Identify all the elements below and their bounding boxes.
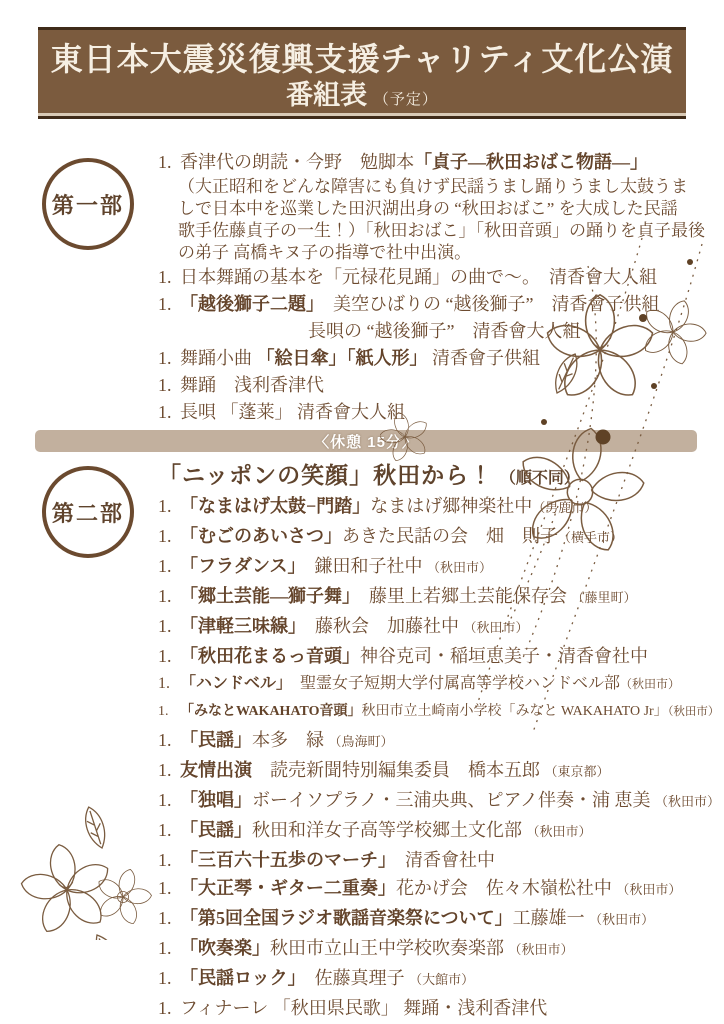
intermission-label: 〈休憩 15分〉 [314, 431, 418, 452]
program-item-number: 1. [158, 670, 180, 698]
program-item-number: 1. [158, 582, 180, 612]
program-item-number: 1. [158, 904, 180, 934]
program-item: 1.「津軽三味線」 藤秋会 加藤社中 （秋田市） [158, 612, 708, 642]
program-item-text: 日本舞踊の基本を「元禄花見踊」の曲で～。 清香會大人組 [180, 264, 657, 291]
part2-badge-label: 第二部 [52, 497, 124, 528]
program-item: 1.「むごのあいさつ」あきた民話の会 畑 則子（横手市） [158, 522, 708, 552]
program-item-number: 1. [158, 345, 180, 372]
page-title: 東日本大震災復興支援チャリティ文化公演 [38, 39, 686, 79]
program-item-text: 「ハンドベル」 聖霊女子短期大学付属高等学校ハンドベル部（秋田市） [180, 670, 680, 698]
part2-badge: 第二部 [42, 466, 134, 558]
program-item: 1.「フラダンス」 鎌田和子社中 （秋田市） [158, 552, 708, 582]
part2-heading-note: （順不同） [500, 470, 580, 487]
program-item-text: 「越後獅子二題」 美空ひばりの “越後獅子” 清香會子供組 [180, 291, 659, 318]
program-item-text: 「独唱」ボーイソプラノ・三浦央典、ピアノ伴奏・浦 恵美 （秋田市） [180, 786, 720, 816]
program-item: 1.「大正琴・ギター二重奏」花かげ会 佐々木嶺松社中 （秋田市） [158, 874, 708, 904]
program-item: 1.「郷土芸能―獅子舞」 藤里上若郷土芸能保存会 （藤里町） [158, 582, 708, 612]
program-item-text: 舞踊 浅利香津代 [180, 372, 324, 399]
part1-badge: 第一部 [42, 158, 134, 250]
program-item-text: 「民謡」本多 緑 （鳥海町） [180, 726, 394, 756]
leaf-icon [81, 805, 110, 851]
program-item-text: 「三百六十五歩のマーチ」 清香會社中 [180, 846, 495, 874]
program-item-text: 「郷土芸能―獅子舞」 藤里上若郷土芸能保存会 （藤里町） [180, 582, 637, 612]
program-item: 1.日本舞踊の基本を「元禄花見踊」の曲で～。 清香會大人組 [158, 264, 708, 291]
program-item-number: 1. [158, 552, 180, 582]
part2-heading: 「ニッポンの笑顔」秋田から！ （順不同） [158, 457, 580, 490]
program-item-number: 1. [158, 698, 180, 726]
program-item: 1.「なまはげ太鼓−門踏」なまはげ郷神楽社中（男鹿市） [158, 492, 708, 522]
program-item-text: 「民謡ロック」 佐藤真理子 （大館市） [180, 964, 474, 994]
program-item-text: 「津軽三味線」 藤秋会 加藤社中 （秋田市） [180, 612, 529, 642]
program-item: 1.「秋田花まるっ音頭」神谷克司・稲垣恵美子・清香會社中 [158, 642, 708, 670]
flower-icon [15, 836, 121, 940]
program-item-note: （大正昭和をどんな障害にも負けず民謡うまし踊りうまし太鼓うま [158, 176, 708, 198]
part1-badge-label: 第一部 [52, 189, 124, 220]
program-item-number: 1. [158, 816, 180, 846]
program-item: 1.「独唱」ボーイソプラノ・三浦央典、ピアノ伴奏・浦 恵美 （秋田市） [158, 786, 708, 816]
program-item-text: 「民謡」秋田和洋女子高等学校郷土文化部 （秋田市） [180, 816, 592, 846]
program-item-number: 1. [158, 756, 180, 786]
program-item: 1.「民謡」秋田和洋女子高等学校郷土文化部 （秋田市） [158, 816, 708, 846]
part1-program-list: 1.香津代の朗読・今野 勉脚本「貞子―秋田おばこ物語―」（大正昭和をどんな障害に… [158, 149, 708, 426]
program-item-number: 1. [158, 726, 180, 756]
program-item-number: 1. [158, 964, 180, 994]
page-subtitle: 番組表 （予定） [38, 79, 686, 116]
program-item: 1.長唄 「蓬莱」 清香會大人組 [158, 399, 708, 426]
program-item: 1.「吹奏楽」秋田市立山王中学校吹奏楽部 （秋田市） [158, 934, 708, 964]
program-item-text: 「吹奏楽」秋田市立山王中学校吹奏楽部 （秋田市） [180, 934, 574, 964]
program-item: 1.「みなとWAKAHATO音頭」秋田市立土崎南小学校「みなと WAKAHATO… [158, 698, 708, 726]
intermission-banner: 〈休憩 15分〉 [35, 430, 697, 452]
program-item-text: 「みなとWAKAHATO音頭」秋田市立土崎南小学校「みなと WAKAHATO J… [180, 698, 719, 726]
program-item: 1.舞踊小曲 「絵日傘」「紙人形」 清香會子供組 [158, 345, 708, 372]
flower-decoration-bottom-left [15, 800, 175, 940]
leaf-icon [90, 931, 126, 940]
flower-icon [87, 862, 158, 931]
program-item: 1. 友情出演 読売新聞特別編集委員 橋本五郎 （東京都） [158, 756, 708, 786]
program-item: 1.フィナーレ 「秋田県民歌」 舞踊・浅利香津代 [158, 994, 708, 1022]
program-item-text: 「むごのあいさつ」あきた民話の会 畑 則子（横手市） [180, 522, 623, 552]
program-item-text: 「第5回全国ラジオ歌謡音楽祭について」工藤雄一 （秋田市） [180, 904, 654, 934]
program-item-number [286, 318, 308, 345]
program-item-number: 1. [158, 264, 180, 291]
program-item: 1.香津代の朗読・今野 勉脚本「貞子―秋田おばこ物語―」 [158, 149, 708, 176]
program-item-note: の弟子 高橋キヌ子の指導で社中出演。 [158, 242, 708, 264]
subtitle-note: （予定） [374, 92, 438, 108]
program-item-text: 「大正琴・ギター二重奏」花かげ会 佐々木嶺松社中 （秋田市） [180, 874, 681, 904]
program-item-text: 長唄の “越後獅子” 清香會大人組 [308, 318, 580, 345]
program-item-text: 「秋田花まるっ音頭」神谷克司・稲垣恵美子・清香會社中 [180, 642, 648, 670]
program-item-text: 舞踊小曲 「絵日傘」「紙人形」 清香會子供組 [180, 345, 540, 372]
program-poster: 東日本大震災復興支援チャリティ文化公演 番組表 （予定） 第一部 1.香津代の朗… [0, 0, 724, 1024]
part2-program-list: 1.「なまはげ太鼓−門踏」なまはげ郷神楽社中（男鹿市）1.「むごのあいさつ」あき… [158, 492, 708, 1022]
program-item-number: 1. [158, 149, 180, 176]
program-item: 1.「第5回全国ラジオ歌謡音楽祭について」工藤雄一 （秋田市） [158, 904, 708, 934]
subtitle-text: 番組表 [286, 80, 367, 110]
program-item-number: 1. [158, 612, 180, 642]
title-band: 東日本大震災復興支援チャリティ文化公演 番組表 （予定） [38, 27, 686, 119]
program-item-text: 長唄 「蓬莱」 清香會大人組 [180, 399, 405, 426]
program-item-text: 香津代の朗読・今野 勉脚本「貞子―秋田おばこ物語―」 [180, 149, 648, 176]
part2-heading-text: 「ニッポンの笑顔」秋田から！ [158, 463, 493, 488]
program-item: 1.「民謡」本多 緑 （鳥海町） [158, 726, 708, 756]
program-item: 1.「越後獅子二題」 美空ひばりの “越後獅子” 清香會子供組 [158, 291, 708, 318]
program-item-number: 1. [158, 492, 180, 522]
program-item-text: 「なまはげ太鼓−門踏」なまはげ郷神楽社中（男鹿市） [180, 492, 597, 522]
program-item-note: しで日本中を巡業した田沢湖出身の “秋田おばこ” を大成した民謡 [158, 198, 708, 220]
program-item-number: 1. [158, 372, 180, 399]
program-item-text: フィナーレ 「秋田県民歌」 舞踊・浅利香津代 [180, 994, 547, 1022]
program-item-number: 1. [158, 522, 180, 552]
program-item-number: 1. [158, 934, 180, 964]
program-item-number: 1. [158, 642, 180, 670]
program-item-number: 1. [158, 786, 180, 816]
program-item: 1.「ハンドベル」 聖霊女子短期大学付属高等学校ハンドベル部（秋田市） [158, 670, 708, 698]
program-item: 長唄の “越後獅子” 清香會大人組 [158, 318, 708, 345]
program-item: 1.「三百六十五歩のマーチ」 清香會社中 [158, 846, 708, 874]
program-item-number: 1. [158, 846, 180, 874]
program-item-text: 「フラダンス」 鎌田和子社中 （秋田市） [180, 552, 492, 582]
program-item: 1.舞踊 浅利香津代 [158, 372, 708, 399]
program-item-number: 1. [158, 291, 180, 318]
program-item-number: 1. [158, 994, 180, 1022]
program-item-number: 1. [158, 399, 180, 426]
program-item-number: 1. [158, 874, 180, 904]
program-item-text: 友情出演 読売新聞特別編集委員 橋本五郎 （東京都） [180, 756, 610, 786]
program-item-note: 歌手佐藤貞子の一生！）「秋田おばこ」「秋田音頭」の踊りを貞子最後 [158, 220, 708, 242]
program-item: 1.「民謡ロック」 佐藤真理子 （大館市） [158, 964, 708, 994]
